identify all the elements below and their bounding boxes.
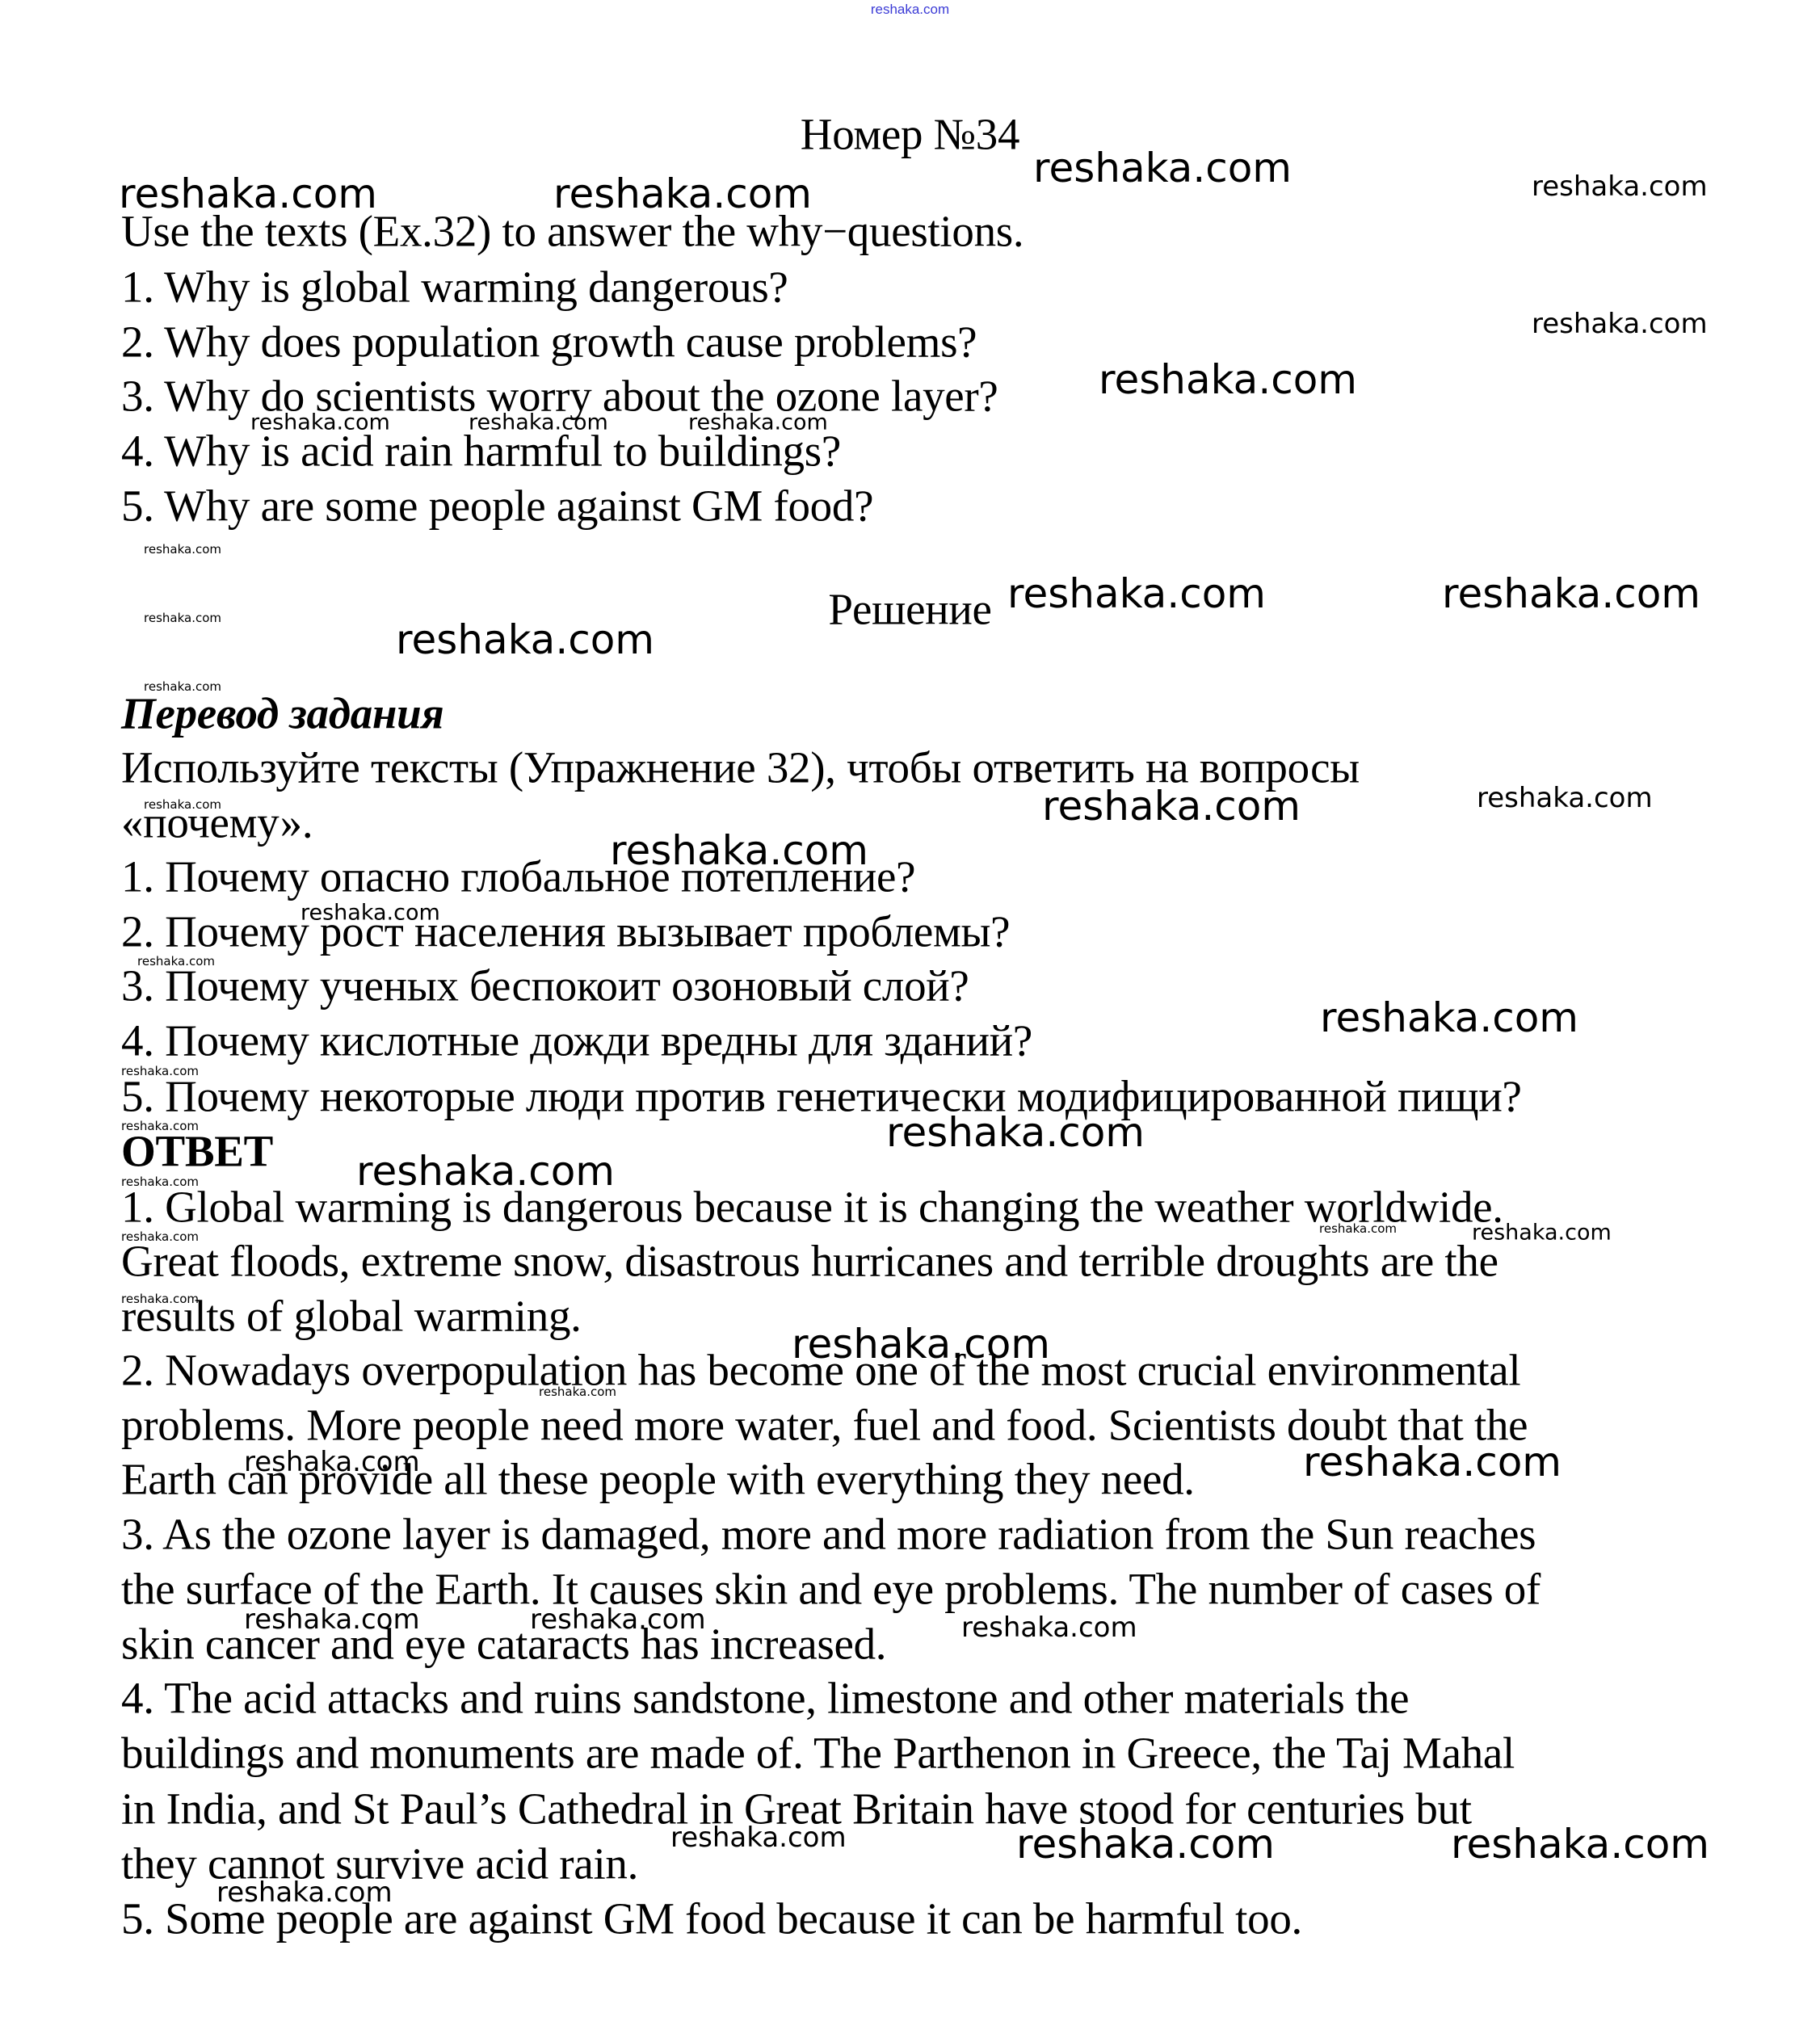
watermark: reshaka.com [539, 1385, 616, 1399]
watermark: reshaka.com [244, 1446, 420, 1478]
watermark: reshaka.com [137, 954, 215, 969]
task-question: 1. Why is global warming dangerous? [121, 260, 788, 314]
answer-line: 3. As the ozone layer is damaged, more a… [121, 1507, 1536, 1561]
watermark: reshaka.com [1007, 570, 1266, 617]
watermark: reshaka.com [121, 1119, 199, 1133]
translation-question: 4. Почему кислотные дожди вредны для зда… [121, 1014, 1032, 1068]
watermark: reshaka.com [886, 1109, 1145, 1156]
watermark: reshaka.com [1016, 1821, 1275, 1868]
top-site-link[interactable]: reshaka.com [0, 2, 1820, 18]
watermark: reshaka.com [144, 797, 221, 812]
watermark: reshaka.com [1532, 308, 1708, 340]
answer-line: buildings and monuments are made of. The… [121, 1726, 1515, 1780]
watermark: reshaka.com [356, 1148, 615, 1195]
watermark: reshaka.com [1319, 1221, 1397, 1236]
watermark: reshaka.com [121, 1229, 199, 1244]
watermark: reshaka.com [961, 1611, 1137, 1644]
watermark: reshaka.com [244, 1603, 420, 1636]
watermark: reshaka.com [1532, 170, 1708, 203]
translation-question: 2. Почему рост населения вызывает пробле… [121, 905, 1010, 959]
answer-line: 1. Global warming is dangerous because i… [121, 1180, 1503, 1234]
watermark: reshaka.com [144, 611, 221, 625]
watermark: reshaka.com [144, 679, 221, 694]
translation-heading: Перевод задания [121, 687, 443, 741]
watermark: reshaka.com [396, 616, 654, 663]
watermark: reshaka.com [1442, 570, 1700, 617]
watermark: reshaka.com [688, 410, 828, 435]
watermark: reshaka.com [1472, 1221, 1612, 1246]
watermark: reshaka.com [530, 1603, 706, 1636]
watermark: reshaka.com [553, 170, 812, 217]
watermark: reshaka.com [610, 827, 868, 874]
watermark: reshaka.com [121, 1292, 199, 1306]
page-title: Номер №34 [0, 107, 1820, 162]
watermark: reshaka.com [301, 901, 440, 926]
answer-line: 4. The acid attacks and ruins sandstone,… [121, 1671, 1409, 1725]
answer-line: Great floods, extreme snow, disastrous h… [121, 1234, 1498, 1288]
watermark: reshaka.com [250, 410, 390, 435]
watermark: reshaka.com [469, 410, 608, 435]
watermark: reshaka.com [792, 1321, 1050, 1368]
translation-question: 3. Почему ученых беспокоит озоновый слой… [121, 959, 969, 1013]
watermark: reshaka.com [670, 1822, 847, 1854]
watermark: reshaka.com [1099, 356, 1357, 403]
task-question: 5. Why are some people against GM food? [121, 479, 873, 533]
watermark: reshaka.com [1042, 783, 1301, 830]
watermark: reshaka.com [216, 1876, 393, 1909]
watermark: reshaka.com [1033, 145, 1292, 191]
task-question: 2. Why does population growth cause prob… [121, 315, 977, 369]
watermark: reshaka.com [119, 170, 377, 217]
watermark: reshaka.com [1303, 1439, 1562, 1485]
watermark: reshaka.com [121, 1064, 199, 1078]
watermark: reshaka.com [1451, 1821, 1709, 1868]
watermark: reshaka.com [121, 1174, 199, 1189]
watermark: reshaka.com [1320, 994, 1578, 1041]
answer-line: skin cancer and eye cataracts has increa… [121, 1617, 886, 1671]
watermark: reshaka.com [144, 542, 221, 557]
watermark: reshaka.com [1477, 782, 1653, 814]
translation-question: 5. Почему некоторые люди против генетиче… [121, 1069, 1522, 1124]
